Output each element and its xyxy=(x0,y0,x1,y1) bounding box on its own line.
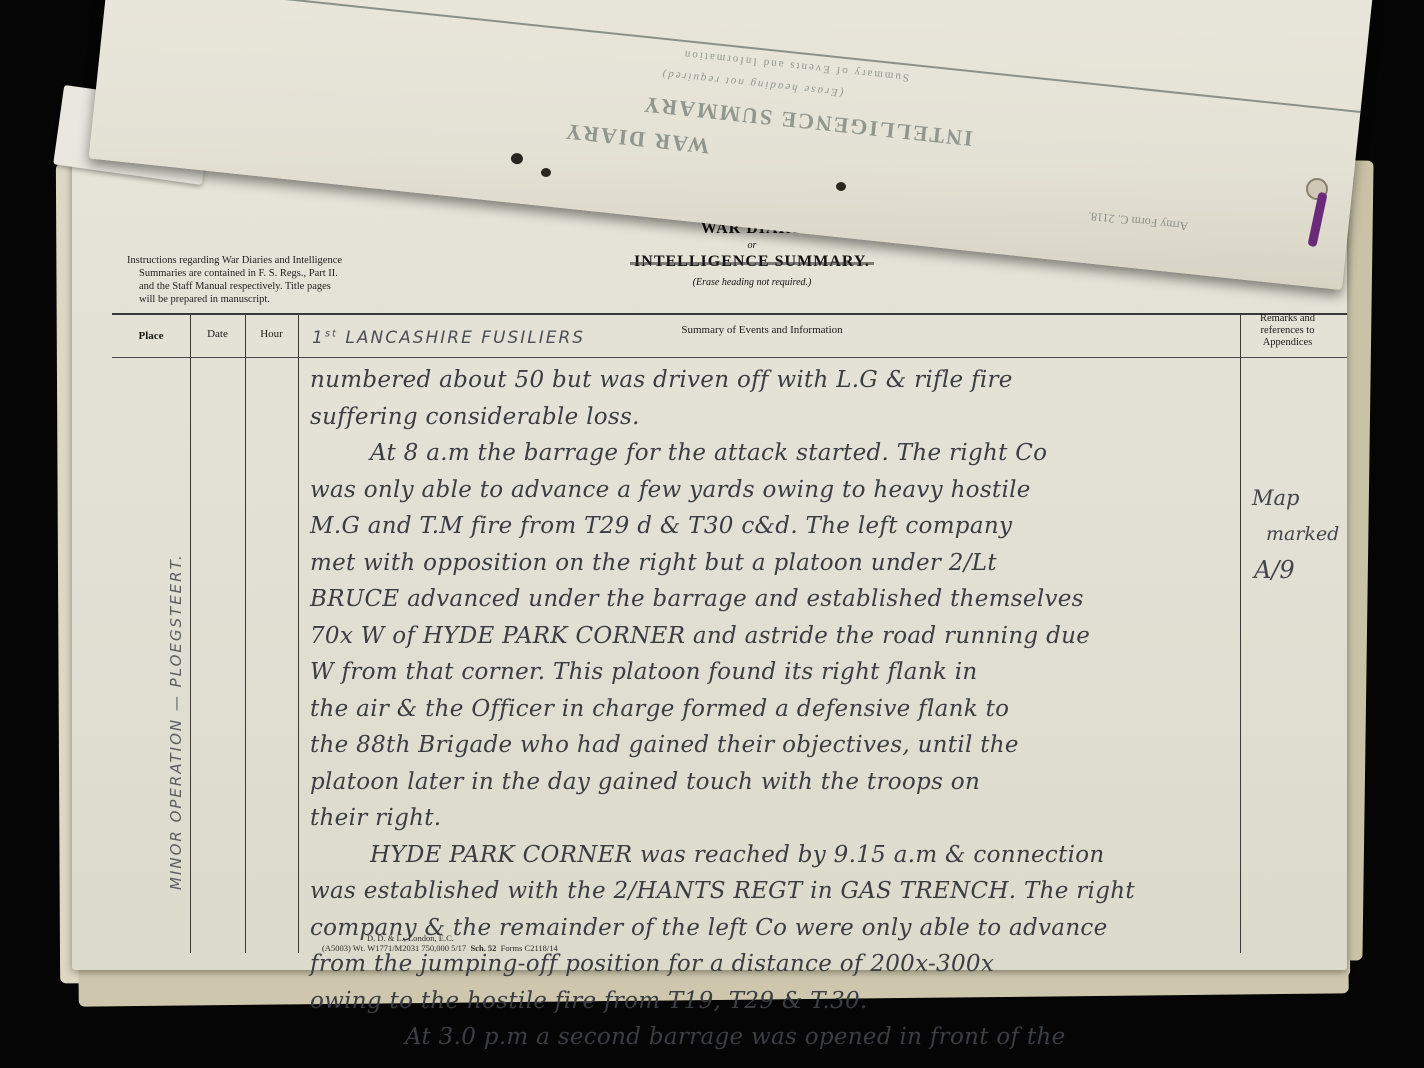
erase-note: (Erase heading not required.) xyxy=(552,277,952,288)
instructions-line: Instructions regarding War Diaries and I… xyxy=(127,254,427,267)
punch-hole-icon xyxy=(541,168,551,177)
summary-line: 70x W of HYDE PARK CORNER and astride th… xyxy=(310,618,1240,655)
column-divider-summary xyxy=(298,313,299,953)
printer-line: (A5003) Wt. W1771/M2031 750,000 5/17 xyxy=(322,943,466,953)
instructions-line: will be prepared in manuscript. xyxy=(127,293,427,306)
form-instructions: Instructions regarding War Diaries and I… xyxy=(127,254,427,306)
summary-line: suffering considerable loss. xyxy=(310,399,1240,436)
column-header-place: Place xyxy=(112,330,190,342)
column-header-remarks: Remarks and references to Appendices xyxy=(1240,313,1335,349)
unit-ordinal-suffix: st xyxy=(325,328,338,339)
instructions-line: Summaries are contained in F. S. Regs., … xyxy=(127,267,427,280)
remarks-header-line: Appendices xyxy=(1240,337,1335,349)
summary-line: M.G and T.M fire from T29 d & T30 c&d. T… xyxy=(310,508,1240,545)
summary-line: met with opposition on the right but a p… xyxy=(310,545,1240,582)
binding-ribbon-icon xyxy=(1300,170,1330,270)
ribbon-tie-icon xyxy=(1307,192,1327,248)
summary-line: owing to the hostile fire from T19, T29 … xyxy=(310,983,1240,1020)
remarks-entry: Map marked A/9 xyxy=(1252,480,1342,588)
printer-imprint: D. D. & L., London, E.C. (A5003) Wt. W17… xyxy=(322,933,558,953)
summary-line: was only able to advance a few yards owi… xyxy=(310,472,1240,509)
instructions-line: and the Staff Manual respectively. Title… xyxy=(127,280,427,293)
remarks-header-line: references to xyxy=(1240,325,1335,337)
unit-name: 1st LANCASHIRE FUSILIERS xyxy=(312,328,585,348)
summary-line: was established with the 2/HANTS REGT in… xyxy=(310,873,1240,910)
column-header-date: Date xyxy=(190,328,245,340)
column-divider-remarks xyxy=(1240,313,1241,953)
summary-line: At 8 a.m the barrage for the attack star… xyxy=(310,435,1240,472)
inverted-title: WAR DIARY xyxy=(563,118,711,159)
unit-ordinal: 1 xyxy=(312,328,325,348)
war-diary-page: Instructions regarding War Diaries and I… xyxy=(72,150,1347,970)
remarks-line: Map xyxy=(1252,480,1342,516)
form-subtitle-struck: INTELLIGENCE SUMMARY. xyxy=(634,253,870,271)
summary-line: BRUCE advanced under the barrage and est… xyxy=(310,581,1240,618)
remarks-line: A/9 xyxy=(1252,552,1342,588)
inverted-army-form: Army Form C. 2118. xyxy=(1087,208,1189,233)
printer-forms: Forms C2118/14 xyxy=(501,943,558,953)
column-header-hour: Hour xyxy=(245,328,298,340)
printer-line: D. D. & L., London, E.C. xyxy=(322,933,558,943)
remarks-header-line: Remarks and xyxy=(1240,313,1335,325)
summary-line: At 3.0 p.m a second barrage was opened i… xyxy=(310,1019,1240,1056)
summary-line: W from that corner. This platoon found i… xyxy=(310,654,1240,691)
column-divider-hour xyxy=(245,313,246,953)
punch-hole-icon xyxy=(510,153,523,165)
summary-line: the air & the Officer in charge formed a… xyxy=(310,691,1240,728)
printer-schedule: Sch. 52 xyxy=(470,943,496,953)
unit-name-text: LANCASHIRE FUSILIERS xyxy=(345,328,585,348)
remarks-line: marked xyxy=(1252,516,1342,552)
place-entry: MINOR OPERATION — PLOEGSTEERT. xyxy=(167,420,185,890)
summary-line: platoon later in the day gained touch wi… xyxy=(310,764,1240,801)
column-header-summary: Summary of Events and Information xyxy=(612,324,912,336)
punch-hole-icon xyxy=(836,182,846,191)
summary-line: numbered about 50 but was driven off wit… xyxy=(310,362,1240,399)
summary-line: their right. xyxy=(310,800,1240,837)
summary-line: the 88th Brigade who had gained their ob… xyxy=(310,727,1240,764)
summary-line: HYDE PARK CORNER was reached by 9.15 a.m… xyxy=(310,837,1240,874)
column-divider-date xyxy=(190,313,191,953)
